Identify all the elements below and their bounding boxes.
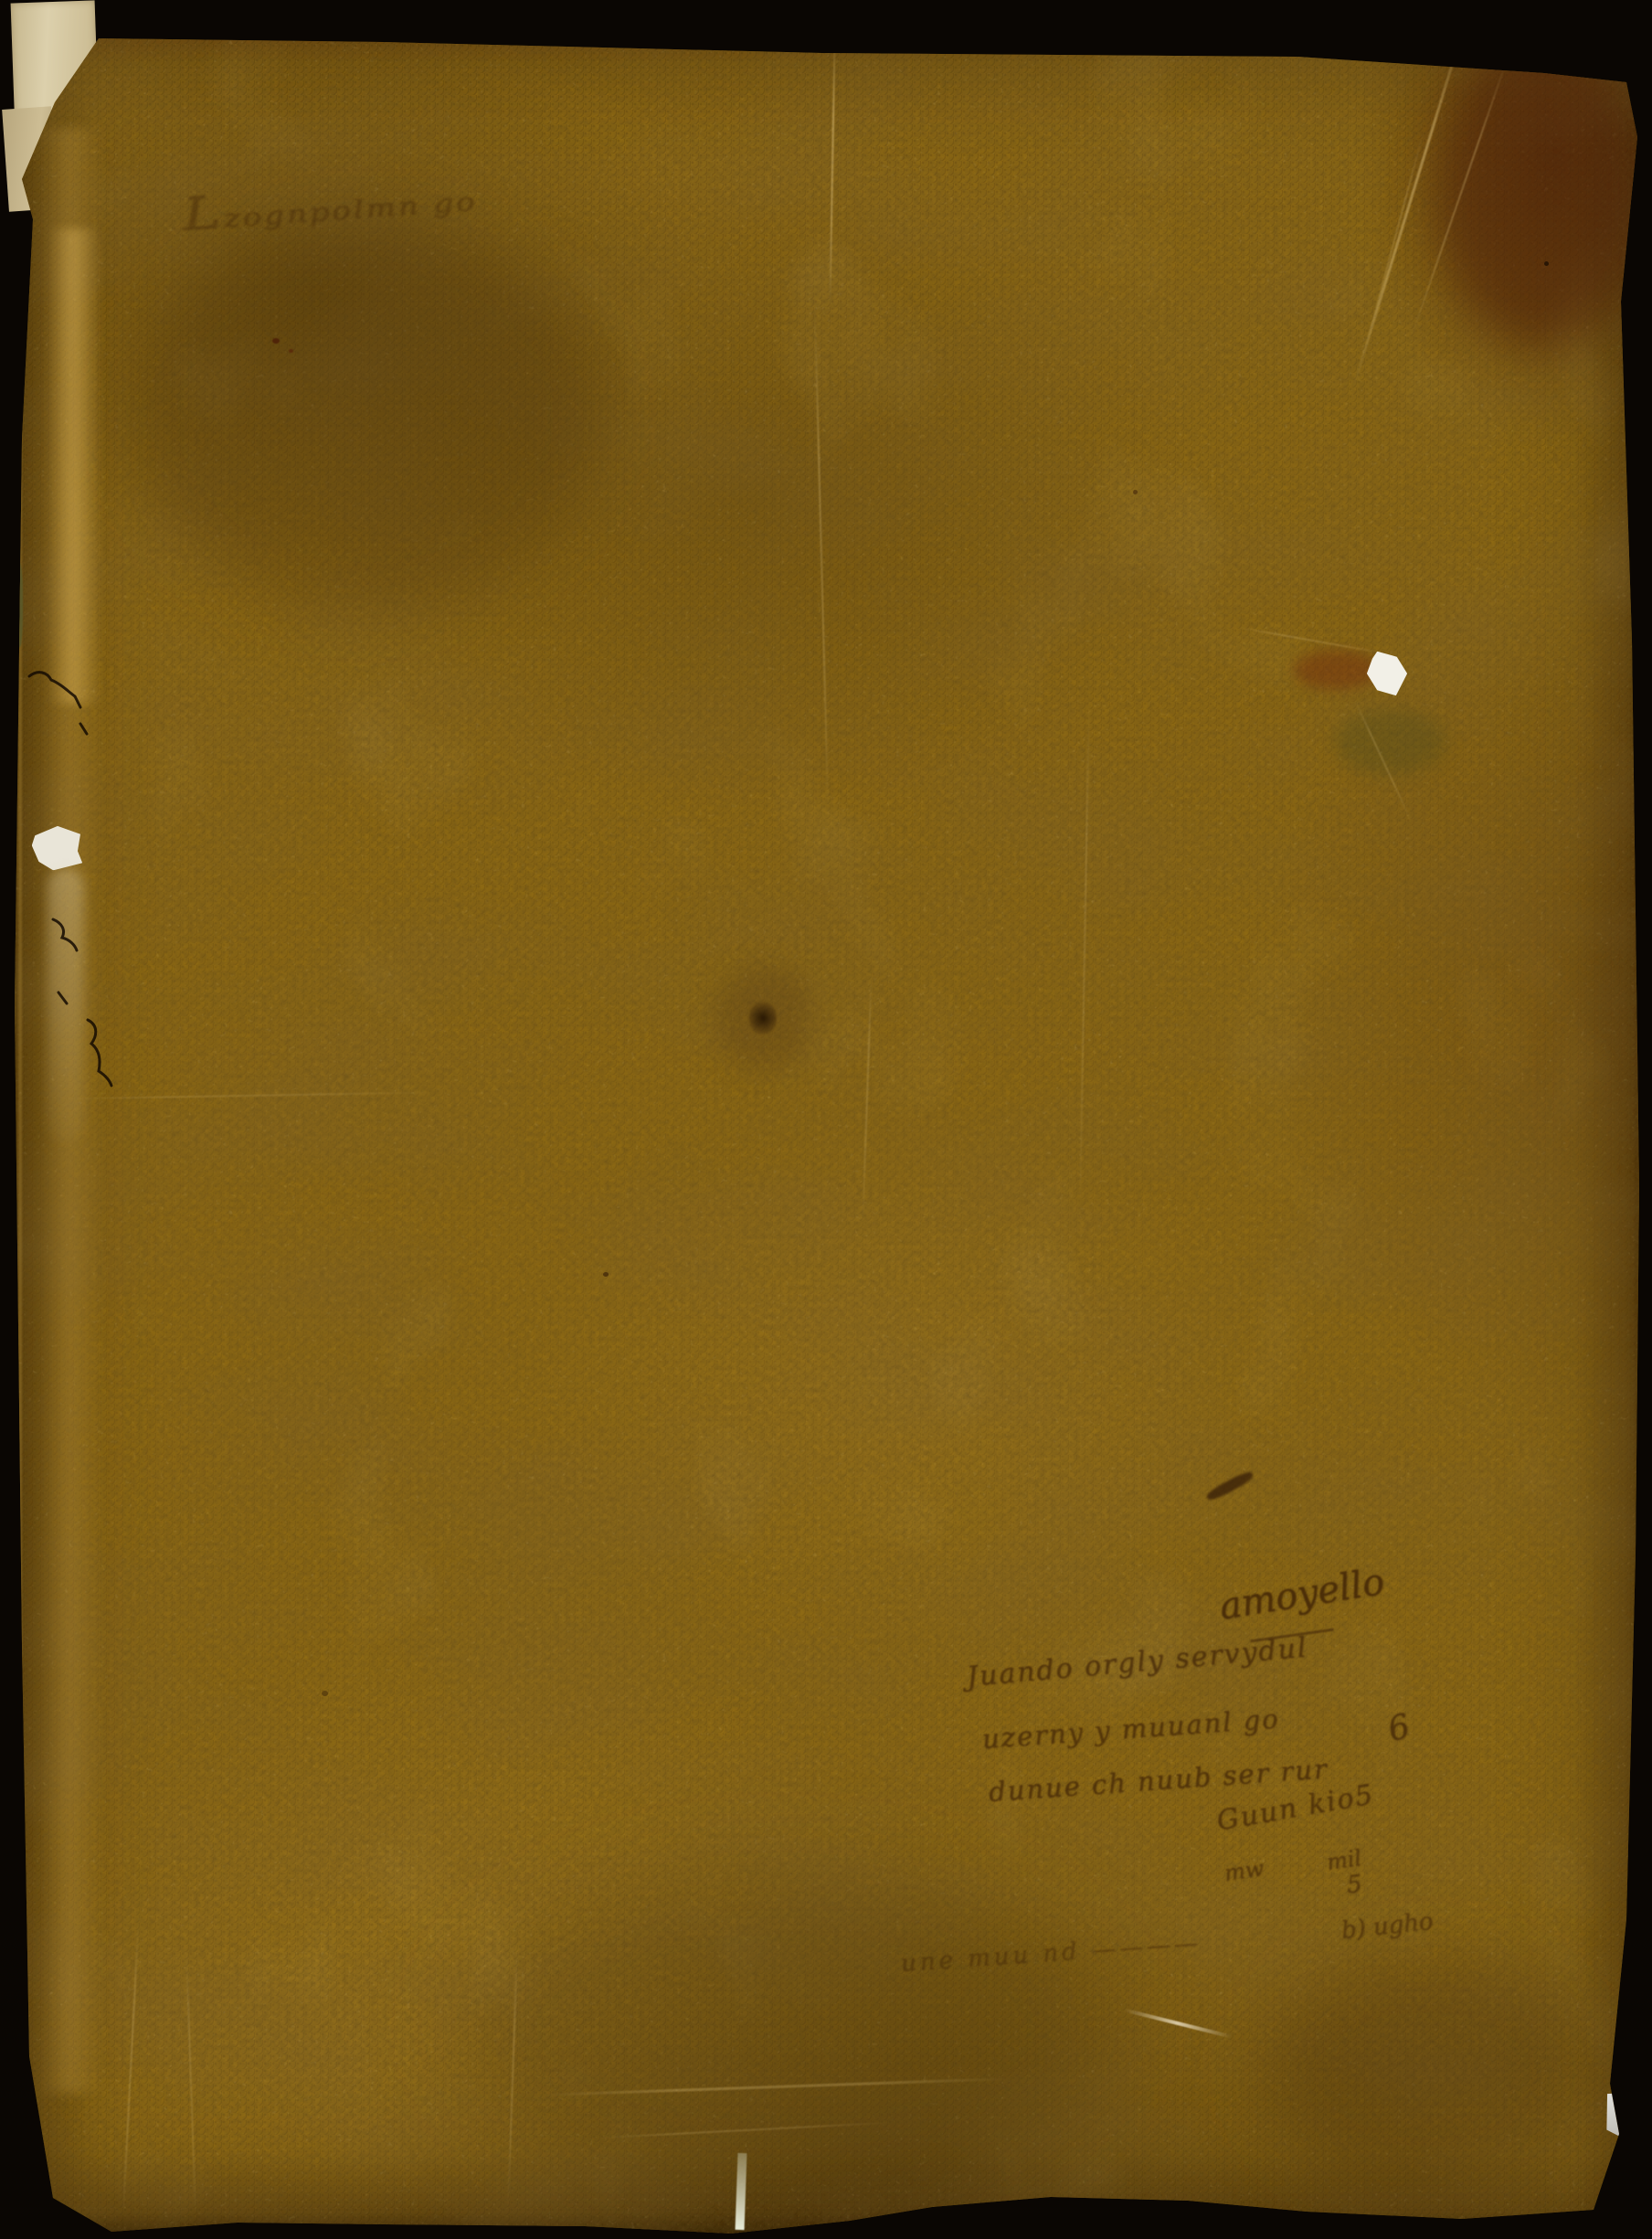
speck-dark-1 [1458, 42, 1465, 48]
spine-crack-marks [0, 0, 1652, 2239]
inscription-line-6c: 5 [1346, 1871, 1363, 1899]
manuscript-cover: Lzognpolmn go amoyello Juando orgly serv… [0, 0, 1652, 2239]
scan-stage: Lzognpolmn go amoyello Juando orgly serv… [0, 0, 1652, 2239]
inscription-line-6a: mw [1223, 1855, 1265, 1886]
